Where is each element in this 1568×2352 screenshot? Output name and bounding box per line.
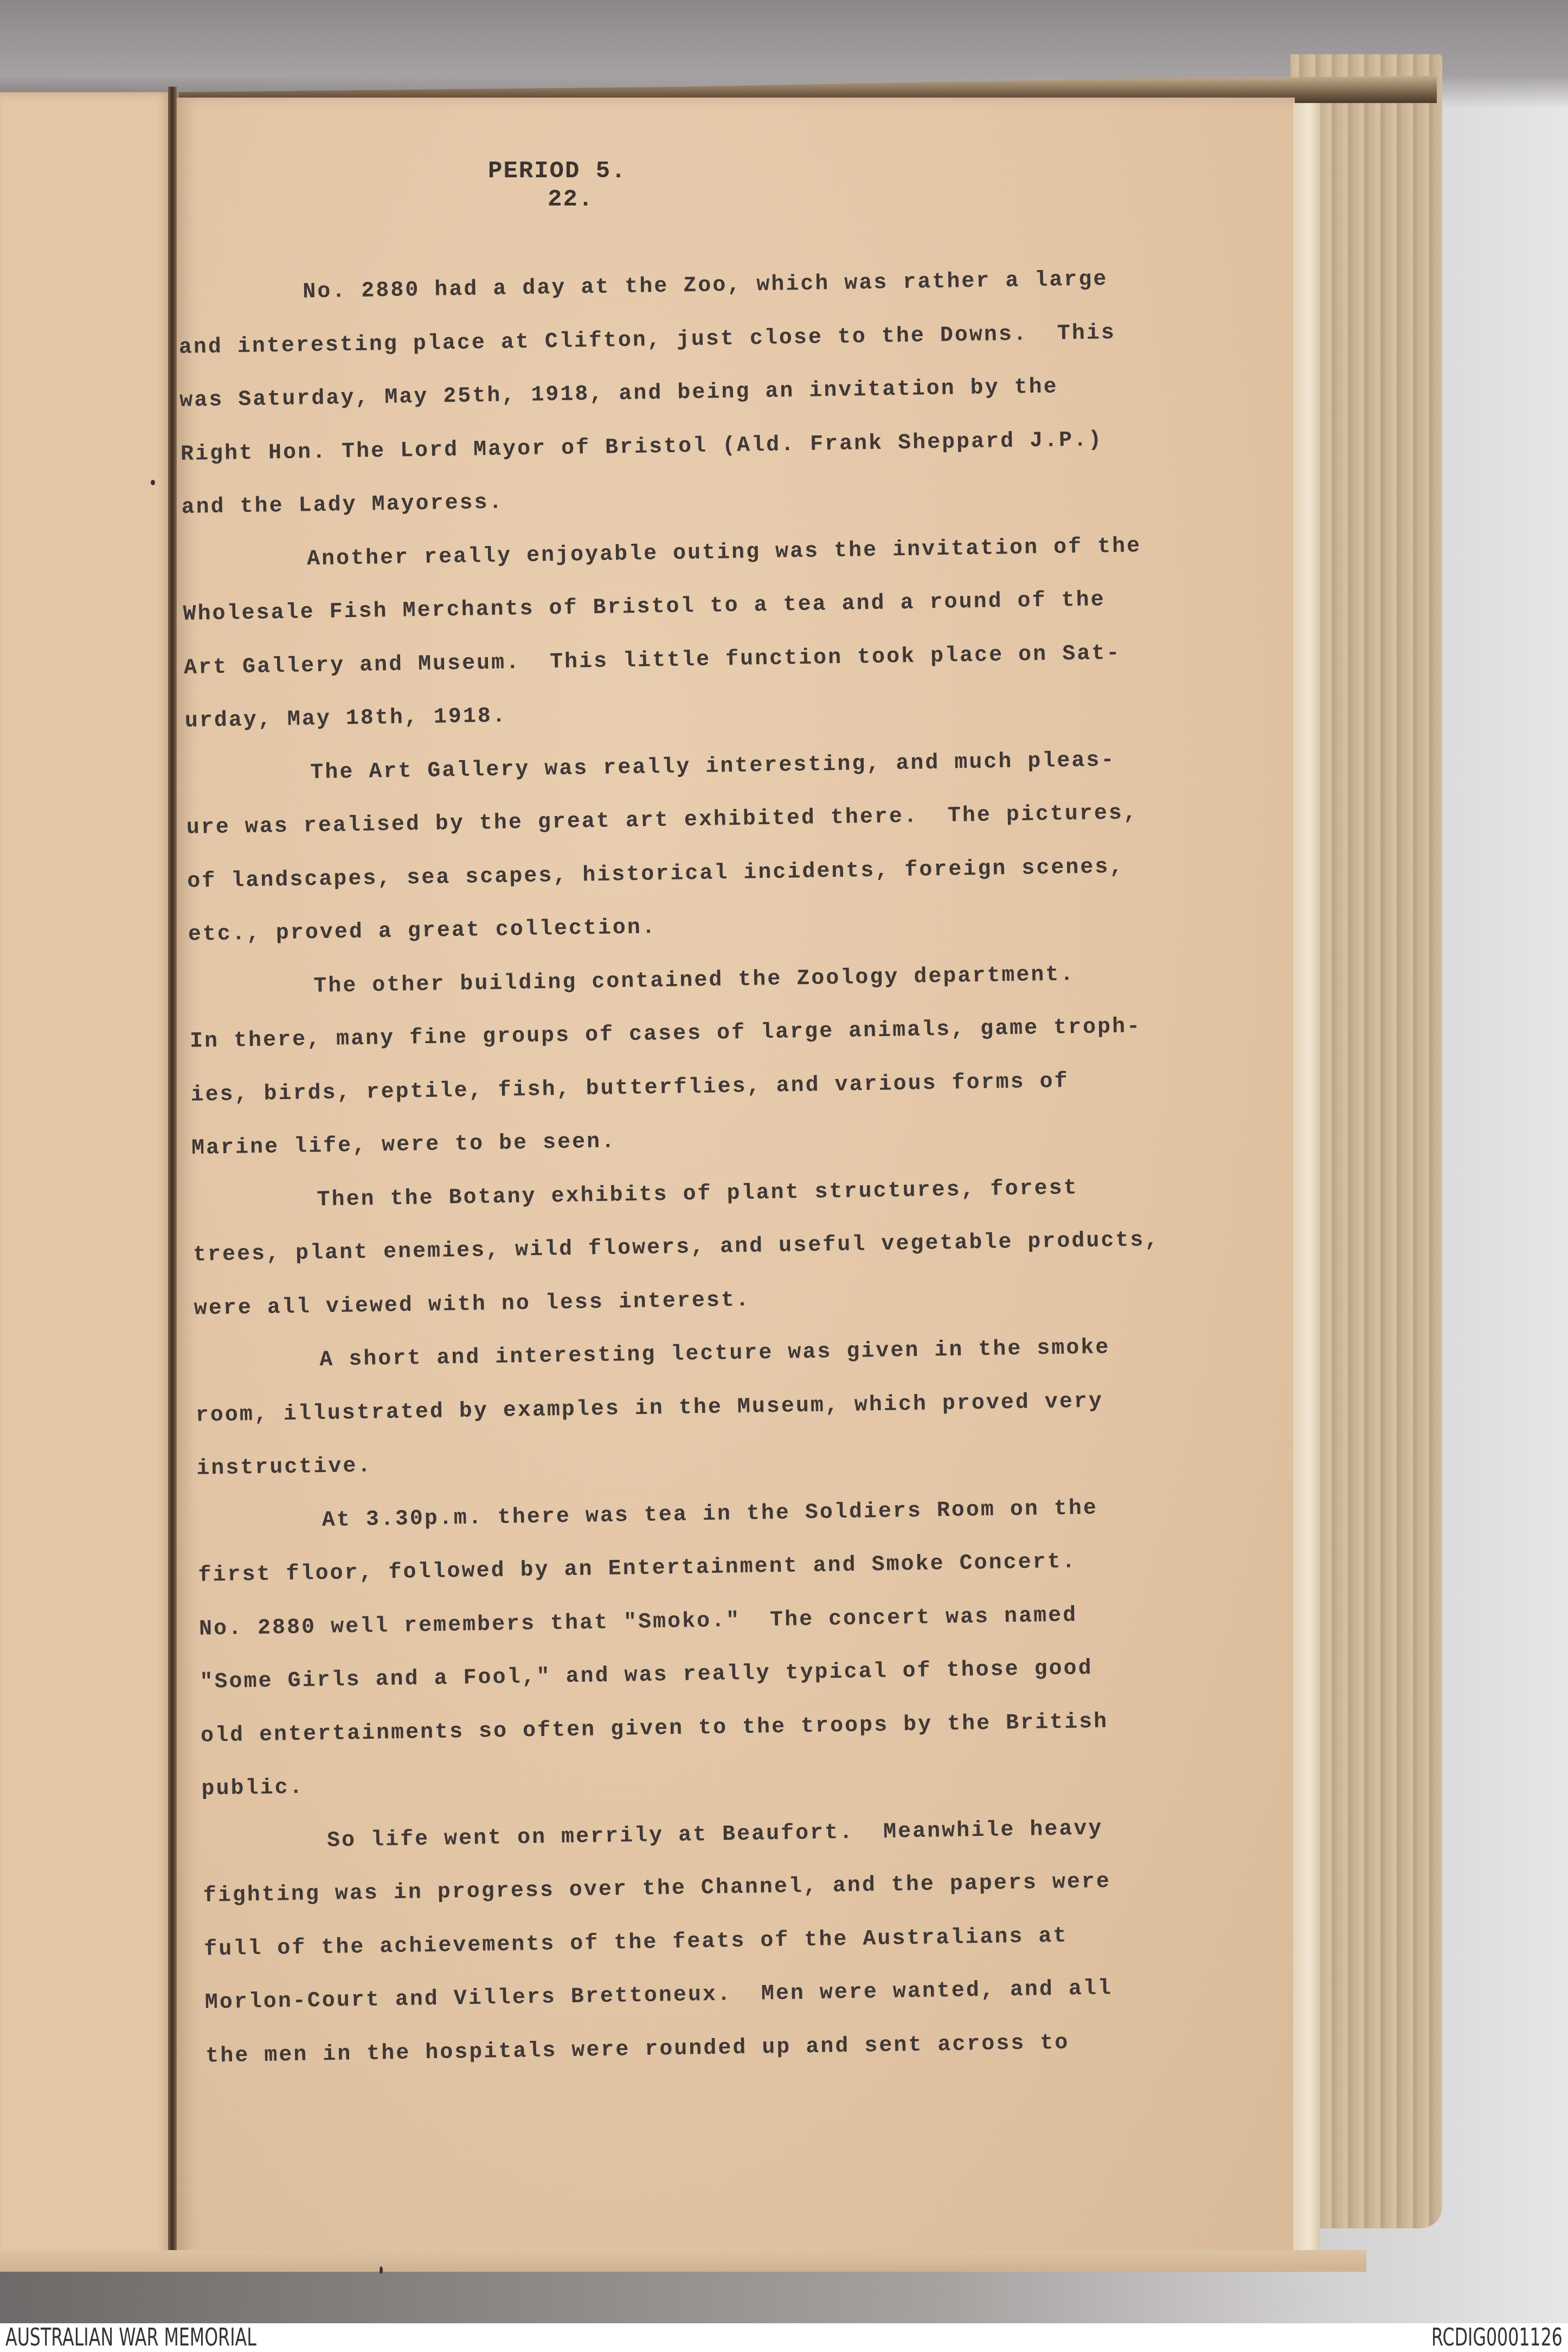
period-heading: PERIOD 5.	[488, 158, 627, 185]
left-page	[0, 92, 172, 2266]
ink-speck	[151, 480, 155, 485]
typed-body-text: No. 2880 had a day at the Zoo, which was…	[178, 265, 1301, 2097]
institution-label: AUSTRALIAN WAR MEMORIAL	[5, 2324, 256, 2351]
ink-speck	[380, 2266, 383, 2274]
page-number: 22.	[488, 185, 627, 214]
caption-band: AUSTRALIAN WAR MEMORIAL RCDIG0001126	[0, 2323, 1568, 2352]
page-bottom-edge	[0, 2250, 1366, 2272]
reference-id: RCDIG0001126	[1431, 2324, 1563, 2351]
book-gutter	[168, 87, 177, 2272]
page-header: PERIOD 5. 22.	[488, 157, 627, 214]
scanned-book-image: PERIOD 5. 22. No. 2880 had a day at the …	[0, 0, 1568, 2323]
